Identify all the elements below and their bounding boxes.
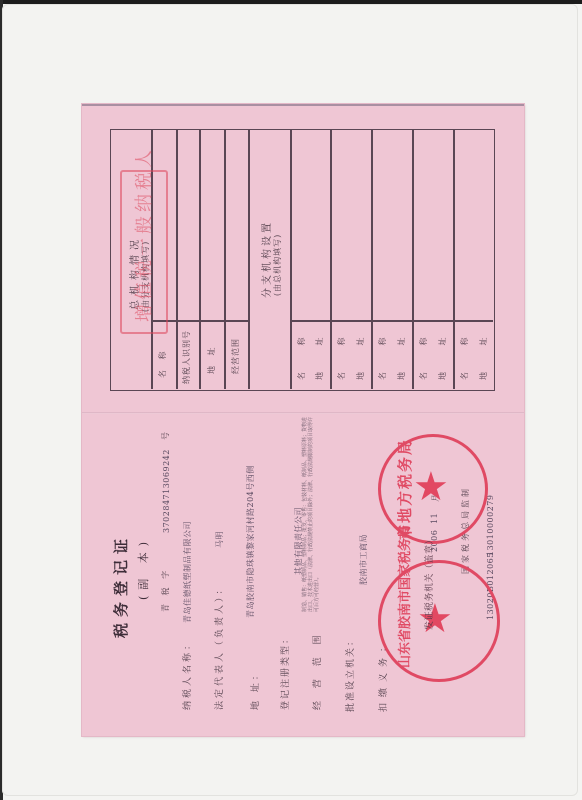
registration-type-label: 登记注册类型：: [278, 633, 291, 710]
legal-rep-value: 马明: [214, 531, 225, 548]
seal-subtext: 发证税务机关（盖章）: [422, 535, 435, 630]
field-scope-label: 经营范围: [230, 338, 241, 374]
address-value: 青岛胶南市隐珠镇黎家河村路204号西侧: [245, 465, 256, 618]
branch-3-name-label: 名 称: [377, 325, 388, 380]
approving-authority-value: 胶南市工商局: [358, 534, 369, 585]
business-scope-label: 经 营 范 围: [310, 630, 323, 710]
branch-4-address-label: 地 址: [437, 325, 448, 380]
cert-number-prefix: 青 税 字: [160, 568, 171, 612]
certificate-title: 税务登记证: [110, 533, 131, 638]
serial-right: 13010000279: [486, 495, 495, 557]
field-name-label: 名 称: [157, 347, 168, 378]
branches-label: 分支机构设置: [258, 220, 273, 298]
table-divider: [176, 129, 178, 389]
table-divider: [199, 129, 201, 389]
branch-5-name-label: 名 称: [459, 325, 470, 380]
table-divider: [330, 129, 332, 389]
stamp-text: 增值税一般纳税人: [130, 146, 156, 322]
general-taxpayer-stamp: 增值税一般纳税人: [120, 170, 168, 334]
certificate-subtitle: (副 本): [135, 536, 151, 600]
national-tax-seal-text: 山东省胶南市国家税务局: [394, 525, 413, 668]
cert-number-suffix: 号: [160, 431, 171, 440]
legal-rep-label: 法定代表人（负责人）：: [212, 582, 225, 710]
taxpayer-name-label: 纳税人名称：: [180, 638, 193, 710]
field-taxpayer-id-label: 纳税人识别号: [181, 330, 192, 384]
branch-2-name-label: 名 称: [336, 325, 347, 380]
approving-authority-label: 批准设立机关：: [343, 635, 356, 712]
table-divider: [412, 129, 414, 389]
branch-5-address-label: 地 址: [478, 325, 489, 380]
branch-4-name-label: 名 称: [418, 325, 429, 380]
table-divider: [248, 129, 250, 389]
table-divider: [371, 129, 373, 389]
paper-top-edge: [82, 104, 524, 106]
star-icon: ★: [413, 467, 449, 507]
field-address-label: 地 址: [206, 343, 217, 374]
branch-2-address-label: 地 址: [355, 325, 366, 380]
cert-number: 370284713069242: [162, 449, 171, 533]
branch-3-address-label: 地 址: [396, 325, 407, 380]
table-divider: [453, 129, 455, 389]
taxpayer-name-value: 青岛佳德纸塑制品有限公司: [182, 521, 193, 623]
table-row-divider: [290, 320, 493, 322]
branches-note: (由总机构填写): [272, 234, 283, 296]
table-divider: [224, 129, 226, 389]
branch-1-address-label: 地 址: [314, 325, 325, 380]
business-scope-text: 制造、销售：纸塑制品、塑料制品；批发、零售：包装材料、纸制品、塑料原料；货物进出…: [302, 417, 320, 612]
business-scope-value: 制造、销售：纸塑制品、塑料制品；批发、零售：包装材料、纸制品、塑料原料；货物进出…: [302, 416, 320, 612]
address-label: 地 址：: [248, 668, 261, 710]
branch-1-name-label: 名 称: [296, 325, 307, 380]
table-divider: [290, 129, 292, 389]
